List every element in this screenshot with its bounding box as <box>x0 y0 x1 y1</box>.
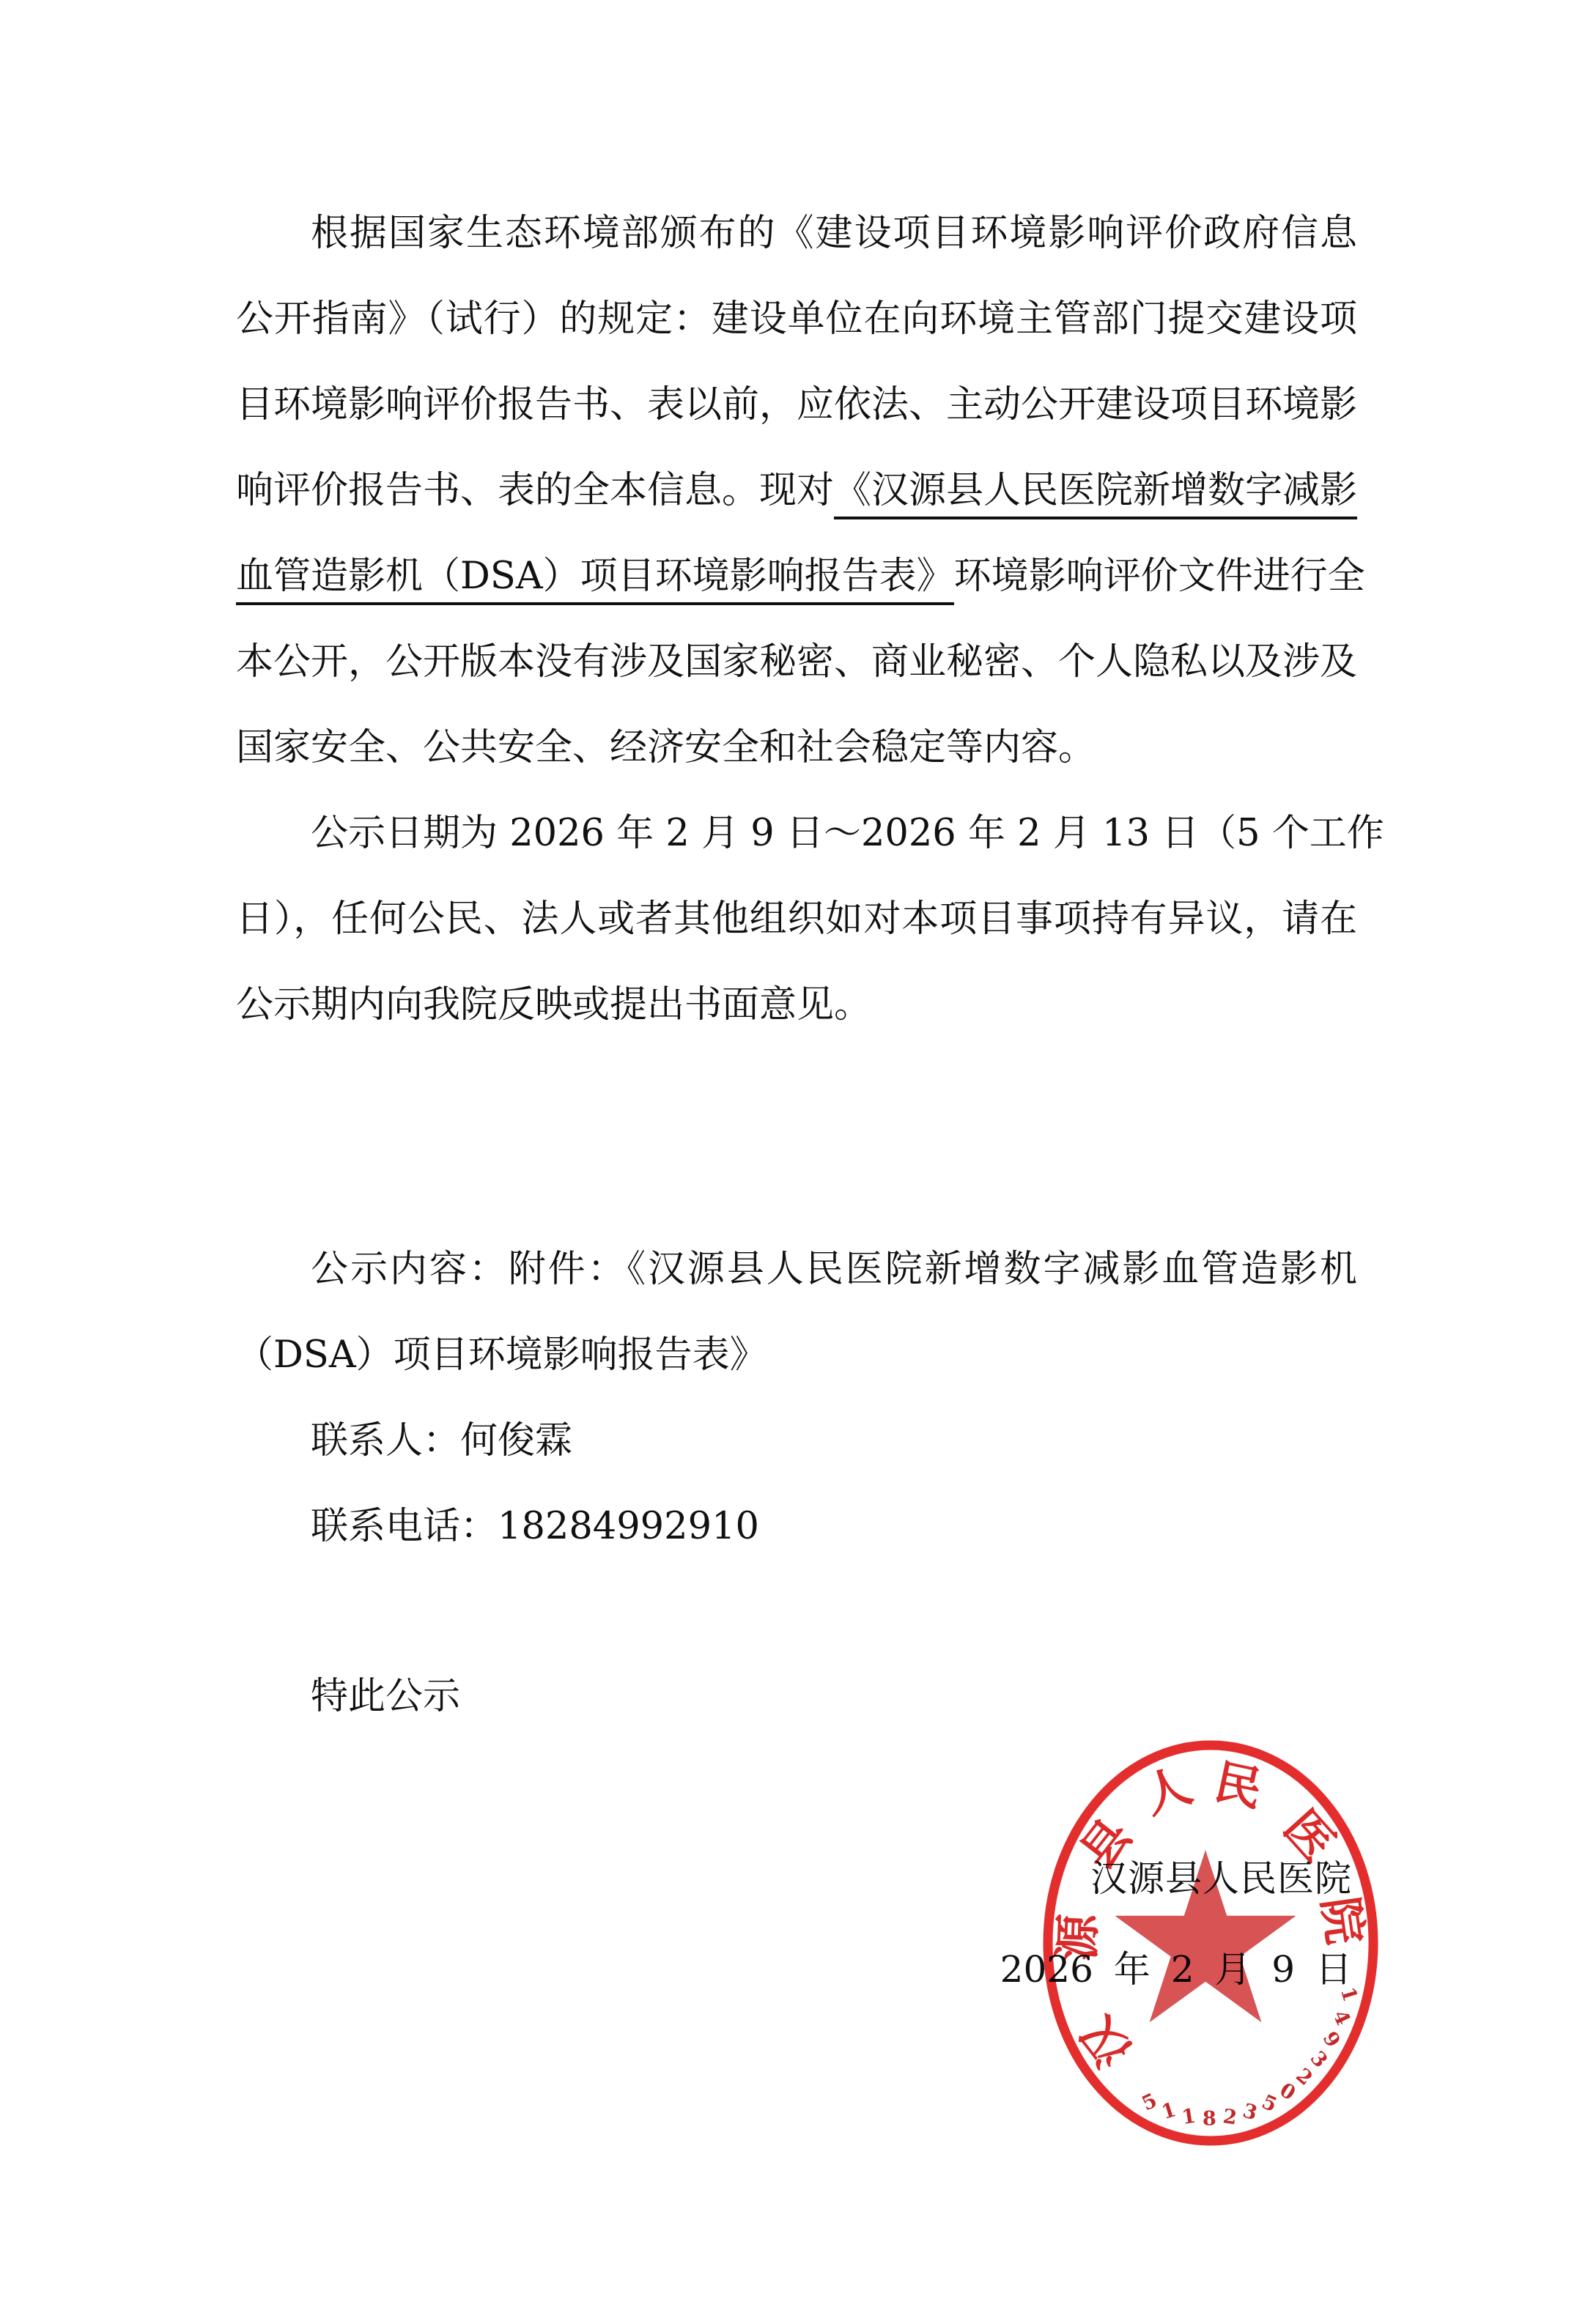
underlined-project-title: 血管造影机（DSA）项目环境影响报告表》 <box>236 555 954 605</box>
text-line: 公示内容：附件：《汉源县人民医院新增数字减影血管造影机 <box>236 1226 1357 1312</box>
text-line: 国家安全、公共安全、经济安全和社会稳定等内容。 <box>236 705 1357 791</box>
seal-serial-digit: 8 <box>1203 2107 1216 2130</box>
text-segment: 本公开，公开版本没有涉及国家秘密、商业秘密、个人隐私以及涉及 <box>236 640 1357 684</box>
text-line: （DSA）项目环境影响报告表》 <box>236 1312 1357 1398</box>
text-segment: 日），任何公民、法人或者其他组织如对本项目事项持有异议，请在 <box>236 898 1357 941</box>
text-line: 公示期内向我院反映或提出书面意见。 <box>236 962 1357 1048</box>
seal-serial-digit: 2 <box>1222 2105 1238 2129</box>
seal-serial-digit: 5 <box>1139 2089 1161 2115</box>
text-segment: 环境影响评价文件进行全 <box>954 555 1365 598</box>
text-line: 血管造影机（DSA）项目环境影响报告表》环境影响评价文件进行全 <box>236 533 1357 619</box>
seal-serial-digit: 1 <box>1336 1985 1362 2005</box>
seal-ring-char: 民 <box>1210 1754 1267 1818</box>
seal-star-icon <box>1115 1850 1296 2022</box>
text-line: 本公开，公开版本没有涉及国家秘密、商业秘密、个人隐私以及涉及 <box>236 619 1357 705</box>
text-segment: （DSA）项目环境影响报告表》 <box>236 1333 767 1377</box>
text-line: 联系人：何俊霖 <box>236 1398 1357 1484</box>
text-line: 公示日期为 2026 年 2 月 9 日～2026 年 2 月 13 日（5 个… <box>236 791 1357 876</box>
text-line: 响评价报告书、表的全本信息。现对《汉源县人民医院新增数字减影 <box>236 448 1357 533</box>
text-line: 公开指南》（试行）的规定：建设单位在向环境主管部门提交建设项 <box>236 276 1357 362</box>
text-segment: 响评价报告书、表的全本信息。现对 <box>236 469 834 512</box>
text-segment: 根据国家生态环境部颁布的《建设项目环境影响评价政府信息 <box>311 212 1357 255</box>
seal-ring-char: 院 <box>1312 1894 1373 1948</box>
scanned-notice-page: 根据国家生态环境部颁布的《建设项目环境影响评价政府信息公开指南》（试行）的规定：… <box>0 0 1577 2324</box>
text-segment: 公示内容：附件：《汉源县人民医院新增数字减影血管造影机 <box>311 1248 1357 1291</box>
text-line: 根据国家生态环境部颁布的《建设项目环境影响评价政府信息 <box>236 190 1357 276</box>
text-segment: 联系电话：18284992910 <box>311 1505 759 1548</box>
seal-serial-digit: 3 <box>1240 2099 1260 2125</box>
text-line: 目环境影响评价报告书、表以前，应依法、主动公开建设项目环境影 <box>236 362 1357 448</box>
text-line: 日），任何公民、法人或者其他组织如对本项目事项持有异议，请在 <box>236 876 1357 962</box>
text-segment: 公示日期为 2026 年 2 月 9 日～2026 年 2 月 13 日（5 个… <box>311 812 1384 855</box>
text-segment: 特此公示 <box>311 1675 460 1718</box>
seal-ring-char: 人 <box>1137 1758 1199 1825</box>
text-segment: 国家安全、公共安全、经济安全和社会稳定等内容。 <box>236 726 1096 769</box>
text-line: 联系电话：18284992910 <box>236 1484 1357 1569</box>
text-line: 特此公示 <box>236 1654 1357 1739</box>
underlined-project-title: 《汉源县人民医院新增数字减影 <box>834 469 1357 519</box>
text-segment: 联系人：何俊霖 <box>311 1419 572 1462</box>
text-segment: 公开指南》（试行）的规定：建设单位在向环境主管部门提交建设项 <box>236 297 1357 341</box>
official-seal: 汉源县人民医院 5118235023941 <box>1030 1729 1392 2158</box>
seal-serial-digit: 4 <box>1328 2007 1354 2029</box>
seal-serial-digit: 1 <box>1159 2098 1179 2124</box>
text-segment: 目环境影响评价报告书、表以前，应依法、主动公开建设项目环境影 <box>236 383 1357 426</box>
seal-serial-digit: 1 <box>1181 2105 1197 2129</box>
document-body: 根据国家生态环境部颁布的《建设项目环境影响评价政府信息公开指南》（试行）的规定：… <box>236 190 1357 1739</box>
text-segment: 公示期内向我院反映或提出书面意见。 <box>236 983 871 1026</box>
seal-ring-char: 源 <box>1050 1912 1107 1962</box>
